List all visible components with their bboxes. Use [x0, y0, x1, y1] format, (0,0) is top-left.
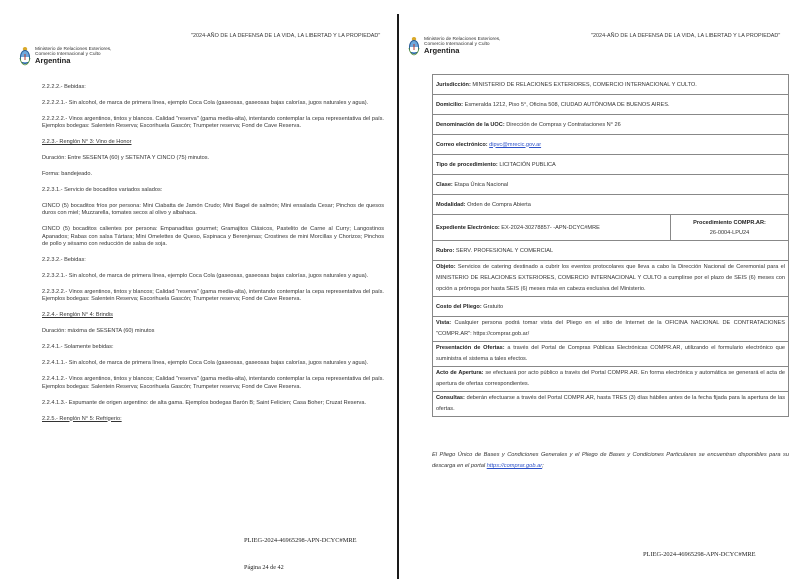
- field-label: Costo del Pliego:: [436, 304, 482, 310]
- paragraph: Duración: máxima de SESENTA (60) minutos: [42, 328, 384, 335]
- field-label: Jurisdicción:: [436, 82, 471, 88]
- field-label: Clase:: [436, 182, 453, 188]
- field-label: Expediente Electrónico:: [436, 225, 500, 231]
- paragraph: CINCO (5) bocaditos fríos por persona: M…: [42, 203, 384, 218]
- paragraph: 2.2.3.1.- Servicio de bocaditos variados…: [42, 187, 384, 194]
- page-divider: [397, 14, 399, 579]
- field-value: LICITACIÓN PUBLICA: [499, 162, 555, 168]
- table-row-objeto: Objeto: Servicios de catering destinado …: [433, 261, 789, 297]
- table-row-vista: Vista: Cualquier persona podrá tomar vis…: [433, 317, 789, 342]
- table-row-tipo: Tipo de procedimiento: LICITACIÓN PUBLIC…: [433, 155, 789, 175]
- paragraph: 2.2.3.2.- Bebidas:: [42, 257, 384, 264]
- field-value: deberán efectuarse a través del Portal C…: [436, 395, 785, 412]
- table-row-consultas: Consultas: deberán efectuarse a través d…: [433, 392, 789, 417]
- paragraph: 2.2.4.1.2.- Vinos argentinos, tintos y b…: [42, 376, 384, 391]
- field-label: Presentación de Ofertas:: [436, 345, 505, 351]
- paragraph: 2.2.4.1.3.- Espumante de origen argentin…: [42, 400, 384, 407]
- coat-of-arms-icon: [408, 36, 420, 56]
- table-row-domicilio: Domicilio: Esmeralda 1212, Piso 5°, Ofic…: [433, 95, 789, 115]
- field-value: Esmeralda 1212, Piso 5°, Oficina 508, CI…: [465, 102, 670, 108]
- procurement-info-table: Jurisdicción: MINISTERIO DE RELACIONES E…: [432, 74, 789, 417]
- table-row-presentacion: Presentación de Ofertas: a través del Po…: [433, 342, 789, 367]
- field-label: Tipo de procedimiento:: [436, 162, 498, 168]
- field-value: Cualquier persona podrá tomar vista del …: [436, 320, 785, 337]
- field-label: Objeto:: [436, 264, 456, 270]
- paragraph: 2.2.4.1.- Solamente bebidas:: [42, 344, 384, 351]
- field-value: Servicios de catering destinado a cubrir…: [436, 264, 785, 292]
- section-heading: 2.2.4.- Renglón N° 4: Brindis: [42, 312, 384, 319]
- document-id: PLIEG-2024-46965298-APN-DCYC#MRE: [643, 551, 756, 558]
- field-label: Modalidad:: [436, 202, 466, 208]
- paragraph: 2.2.3.2.1.- Sin alcohol, de marca de pri…: [42, 273, 384, 280]
- section-heading: 2.2.5.- Renglón N° 5: Refrigerio:: [42, 416, 384, 423]
- closing-paragraph: El Pliego Único de Bases y Condiciones G…: [432, 450, 789, 472]
- table-row-clase: Clase: Etapa Única Nacional: [433, 175, 789, 195]
- paragraph: 2.2.2.2.1.- Sin alcohol, de marca de pri…: [42, 100, 384, 107]
- left-page-body: 2.2.2.2.- Bebidas:2.2.2.2.1.- Sin alcoho…: [42, 84, 384, 431]
- table-row-expediente: Expediente Electrónico: EX-2024-30278857…: [433, 215, 789, 241]
- field-value: 26-0004-LPU24: [710, 230, 750, 236]
- logo-country: Argentina: [424, 47, 501, 55]
- paragraph: Duración: Entre SESENTA (60) y SETENTA Y…: [42, 155, 384, 162]
- closing-suffix: ;: [542, 463, 544, 469]
- field-value: Gratuito: [483, 304, 503, 310]
- ministry-logo: Ministerio de Relaciones Exteriores, Com…: [408, 36, 501, 56]
- field-label: Vista:: [436, 320, 451, 326]
- field-value: Dirección de Compras y Contrataciones N°…: [506, 122, 620, 128]
- field-label: Consultas:: [436, 395, 465, 401]
- field-label: Acto de Apertura:: [436, 370, 484, 376]
- field-value: MINISTERIO DE RELACIONES EXTERIORES, COM…: [472, 82, 696, 88]
- table-row-modalidad: Modalidad: Orden de Compra Abierta: [433, 195, 789, 215]
- paragraph: 2.2.3.2.2.- Vinos argentinos, tintos y b…: [42, 289, 384, 304]
- logo-country: Argentina: [35, 57, 112, 65]
- page-motto: "2024-AÑO DE LA DEFENSA DE LA VIDA, LA L…: [191, 33, 380, 39]
- paragraph: CINCO (5) bocaditos calientes por person…: [42, 226, 384, 248]
- document-id: PLIEG-2024-46965298-APN-DCYC#MRE: [244, 537, 357, 544]
- paragraph: Forma: bandejeado.: [42, 171, 384, 178]
- paragraph: 2.2.2.2.- Bebidas:: [42, 84, 384, 91]
- table-row-costo: Costo del Pliego: Gratuito: [433, 297, 789, 317]
- document-page-right: "2024-AÑO DE LA DEFENSA DE LA VIDA, LA L…: [400, 0, 800, 579]
- comprar-portal-link[interactable]: https://comprar.gob.ar: [487, 463, 542, 469]
- table-row-correo: Correo electrónico: dipvc@mrecic.gov.ar: [433, 135, 789, 155]
- field-label: Denominación de la UOC:: [436, 122, 505, 128]
- page-number: Página 24 de 42: [244, 564, 284, 571]
- field-label: Procedimiento COMPR.AR:: [693, 220, 766, 226]
- coat-of-arms-icon: [19, 46, 31, 66]
- table-row-jurisdiccion: Jurisdicción: MINISTERIO DE RELACIONES E…: [433, 75, 789, 95]
- document-page-left: "2024-AÑO DE LA DEFENSA DE LA VIDA, LA L…: [0, 0, 398, 579]
- field-label: Rubro:: [436, 248, 454, 254]
- field-value: Orden de Compra Abierta: [467, 202, 531, 208]
- paragraph: 2.2.2.2.2.- Vinos argentinos, tintos y b…: [42, 116, 384, 131]
- ministry-logo: Ministerio de Relaciones Exteriores, Com…: [19, 46, 112, 66]
- paragraph: 2.2.4.1.1.- Sin alcohol, de marca de pri…: [42, 360, 384, 367]
- table-row-uoc: Denominación de la UOC: Dirección de Com…: [433, 115, 789, 135]
- field-value: SERV. PROFESIONAL Y COMERCIAL: [456, 248, 553, 254]
- closing-text: El Pliego Único de Bases y Condiciones G…: [432, 452, 789, 469]
- section-heading: 2.2.3.- Renglón N° 3: Vino de Honor: [42, 139, 384, 146]
- table-row-rubro: Rubro: SERV. PROFESIONAL Y COMERCIAL: [433, 241, 789, 261]
- field-value: se efectuará por acto público a través d…: [436, 370, 785, 387]
- email-link[interactable]: dipvc@mrecic.gov.ar: [489, 142, 541, 148]
- field-label: Correo electrónico:: [436, 142, 488, 148]
- page-motto: "2024-AÑO DE LA DEFENSA DE LA VIDA, LA L…: [591, 33, 780, 39]
- table-row-apertura: Acto de Apertura: se efectuará por acto …: [433, 367, 789, 392]
- field-value: EX-2024-30278857- -APN-DCYC#MRE: [501, 225, 600, 231]
- field-value: Etapa Única Nacional: [454, 182, 508, 188]
- field-label: Domicilio:: [436, 102, 463, 108]
